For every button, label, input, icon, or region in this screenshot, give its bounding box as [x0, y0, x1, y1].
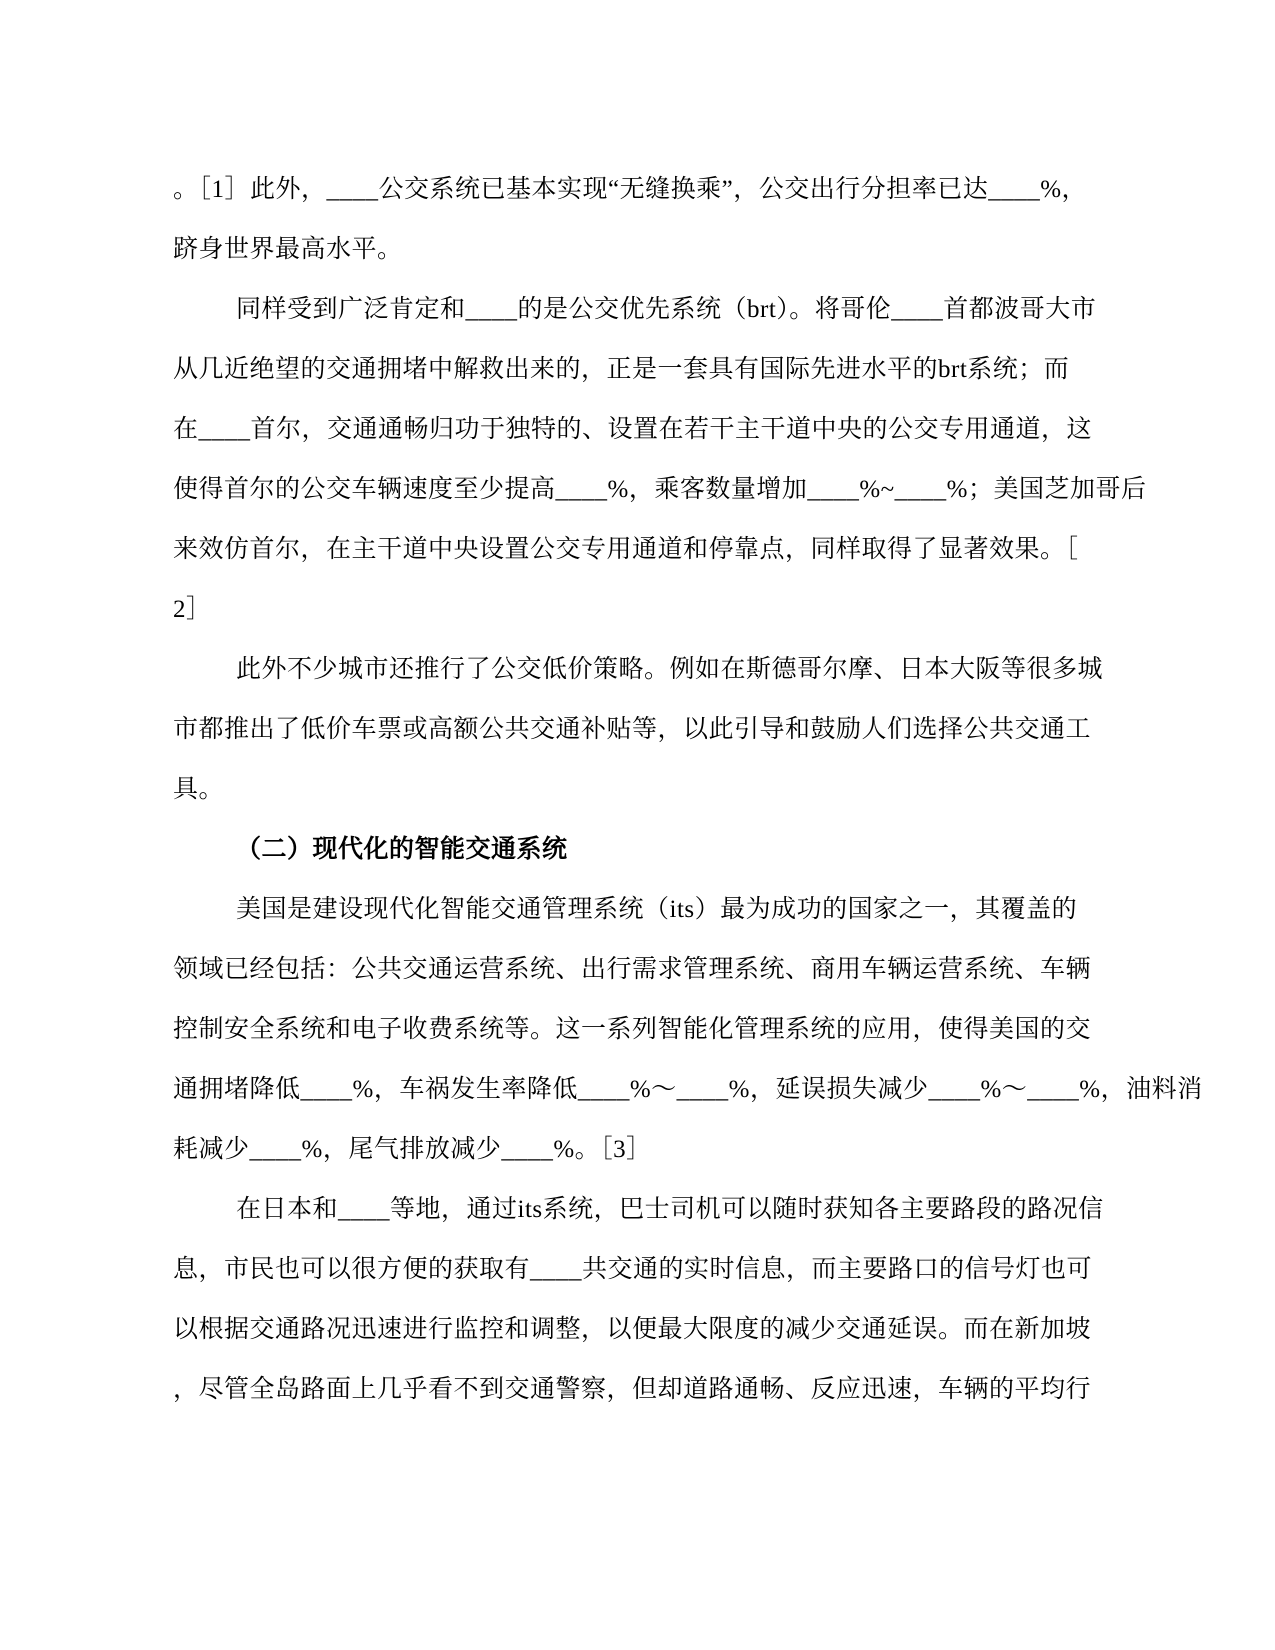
document-line: 在____首尔，交通通畅归功于独特的、设置在若干主干道中央的公交专用通道，这: [173, 400, 1103, 460]
section-heading: （二）现代化的智能交通系统: [173, 820, 1103, 880]
document-line: 领域已经包括：公共交通运营系统、出行需求管理系统、商用车辆运营系统、车辆: [173, 940, 1103, 1000]
document-line: 市都推出了低价车票或高额公共交通补贴等，以此引导和鼓励人们选择公共交通工: [173, 700, 1103, 760]
document-line: 同样受到广泛肯定和____的是公交优先系统（brt）。将哥伦____首都波哥大市: [173, 280, 1103, 340]
document-line: 。［1］此外，____公交系统已基本实现“无缝换乘”，公交出行分担率已达____…: [173, 160, 1103, 220]
document-line: 从几近绝望的交通拥堵中解救出来的，正是一套具有国际先进水平的brt系统；而: [173, 340, 1103, 400]
document-line: 此外不少城市还推行了公交低价策略。例如在斯德哥尔摩、日本大阪等很多城: [173, 640, 1103, 700]
document-line: 2］: [173, 580, 1103, 640]
document-line: 耗减少____%，尾气排放减少____%。［3］: [173, 1120, 1103, 1180]
document-line: 控制安全系统和电子收费系统等。这一系列智能化管理系统的应用，使得美国的交: [173, 1000, 1103, 1060]
document-line: 使得首尔的公交车辆速度至少提高____%，乘客数量增加____%~____%；美…: [173, 460, 1103, 520]
document-line: ，尽管全岛路面上几乎看不到交通警察，但却道路通畅、反应迅速，车辆的平均行: [173, 1360, 1103, 1420]
document-line: 具。: [173, 760, 1103, 820]
document-line: 以根据交通路况迅速进行监控和调整，以便最大限度的减少交通延误。而在新加坡: [173, 1300, 1103, 1360]
document-body: 。［1］此外，____公交系统已基本实现“无缝换乘”，公交出行分担率已达____…: [173, 160, 1103, 1420]
document-line: 跻身世界最高水平。: [173, 220, 1103, 280]
document-line: 在日本和____等地，通过its系统，巴士司机可以随时获知各主要路段的路况信: [173, 1180, 1103, 1240]
document-line: 美国是建设现代化智能交通管理系统（its）最为成功的国家之一，其覆盖的: [173, 880, 1103, 940]
document-line: 通拥堵降低____%，车祸发生率降低____%～____%，延误损失减少____…: [173, 1060, 1103, 1120]
document-page: 。［1］此外，____公交系统已基本实现“无缝换乘”，公交出行分担率已达____…: [0, 0, 1275, 1650]
document-line: 来效仿首尔，在主干道中央设置公交专用通道和停靠点，同样取得了显著效果。［: [173, 520, 1103, 580]
document-line: 息，市民也可以很方便的获取有____共交通的实时信息，而主要路口的信号灯也可: [173, 1240, 1103, 1300]
